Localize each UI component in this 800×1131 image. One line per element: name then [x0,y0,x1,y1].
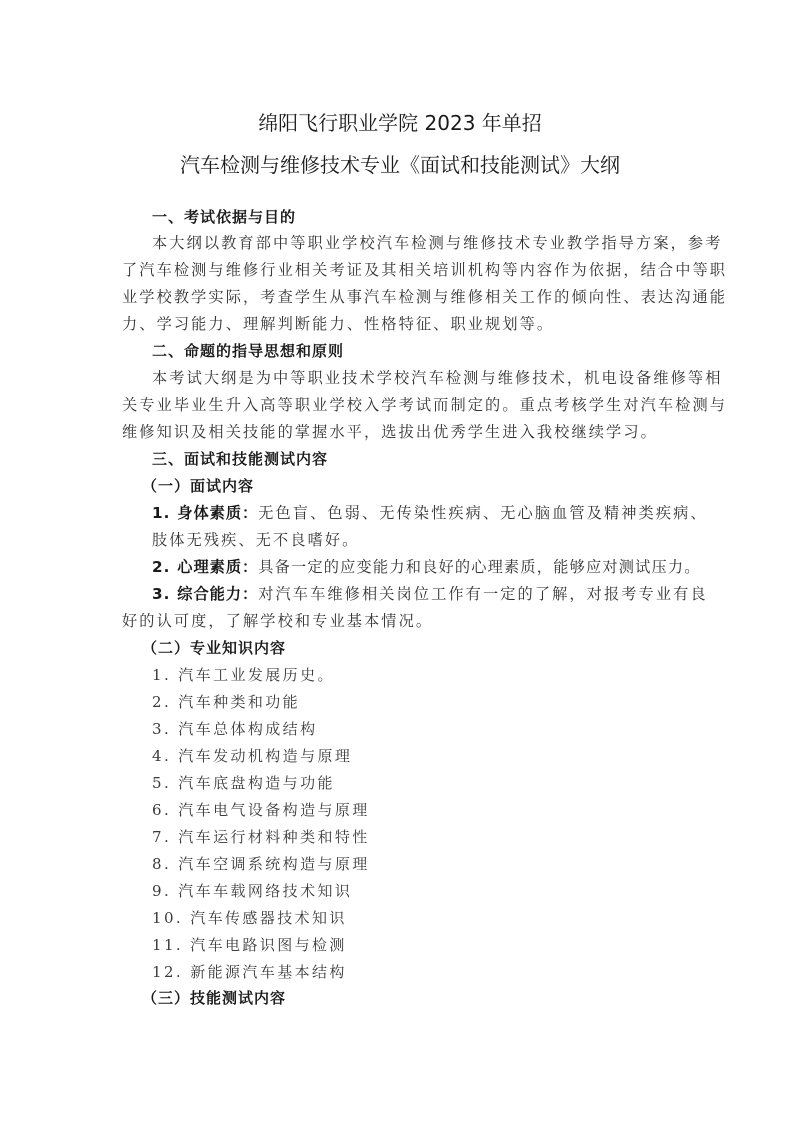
knowledge-item: 12. 新能源汽车基本结构 [152,961,347,982]
section1-heading: 一、考试依据与目的 [122,207,708,227]
section2-line: 关专业毕业生升入高等职业学校入学考试而制定的。重点考核学生对汽车检测与 [122,395,678,415]
knowledge-item: 1. 汽车工业发展历史。 [152,664,335,685]
subsection1-heading: （一）面试内容 [122,476,698,496]
knowledge-item: 5. 汽车底盘构造与功能 [152,772,335,793]
knowledge-item: 10. 汽车传感器技术知识 [152,907,347,928]
section1-line: 业学校教学实际，考查学生从事汽车检测与维修相关工作的倾向性、表达沟通能 [122,287,678,307]
item-text: 对汽车车维修相关岗位工作有一定的了解，对报考专业有良 [258,585,707,603]
section1-line: 了汽车检测与维修行业相关考证及其相关培训机构等内容作为依据，结合中等职 [122,260,678,280]
document-title-line1: 绵阳飞行职业学院 2023 年单招 [0,107,800,136]
item-text: 无色盲、色弱、无传染性疾病、无心脑血管及精神类疾病、 [258,504,707,522]
knowledge-item: 8. 汽车空调系统构造与原理 [152,853,370,874]
item-num: 1. [152,504,170,522]
item-num: 3. [152,585,170,603]
item-num: 2. [152,558,170,576]
document-title-line2: 汽车检测与维修技术专业《面试和技能测试》大纲 [0,149,800,178]
section1-line: 力、学习能力、理解判断能力、性格特征、职业规划等。 [122,314,678,334]
knowledge-item: 3. 汽车总体构成结构 [152,718,317,739]
knowledge-item: 9. 汽车车载网络技术知识 [152,880,352,901]
subsection3-heading: （三）技能测试内容 [122,988,698,1008]
section1-line: 本大纲以教育部中等职业学校汽车检测与维修技术专业教学指导方案，参考 [122,233,708,253]
knowledge-item: 6. 汽车电气设备构造与原理 [152,799,370,820]
section2-heading: 二、命题的指导思想和原则 [122,341,708,361]
item-label: 身体素质： [177,504,258,522]
item-label: 综合能力： [177,585,258,603]
interview-item-cont: 好的认可度，了解学校和专业基本情况。 [122,611,678,631]
section2-line: 本考试大纲是为中等职业技术学校汽车检测与维修技术，机电设备维修等相 [122,368,708,388]
knowledge-item: 2. 汽车种类和功能 [152,691,300,712]
interview-item: 2. 心理素质：具备一定的应变能力和良好的心理素质，能够应对测试压力。 [122,557,708,577]
section2-line: 维修知识及相关技能的掌握水平，选拔出优秀学生进入我校继续学习。 [122,422,678,442]
item-label: 心理素质： [177,558,258,576]
knowledge-item: 4. 汽车发动机构造与原理 [152,745,352,766]
interview-item: 3. 综合能力：对汽车车维修相关岗位工作有一定的了解，对报考专业有良 [122,584,708,604]
section3-heading: 三、面试和技能测试内容 [122,449,708,469]
item-text: 具备一定的应变能力和良好的心理素质，能够应对测试压力。 [258,558,700,576]
interview-item: 1. 身体素质：无色盲、色弱、无传染性疾病、无心脑血管及精神类疾病、 [122,503,708,523]
knowledge-item: 11. 汽车电路识图与检测 [152,934,347,955]
knowledge-item: 7. 汽车运行材料种类和特性 [152,826,370,847]
subsection2-heading: （二）专业知识内容 [122,638,698,658]
interview-item-cont: 肢体无残疾、无不良嗜好。 [122,530,708,550]
